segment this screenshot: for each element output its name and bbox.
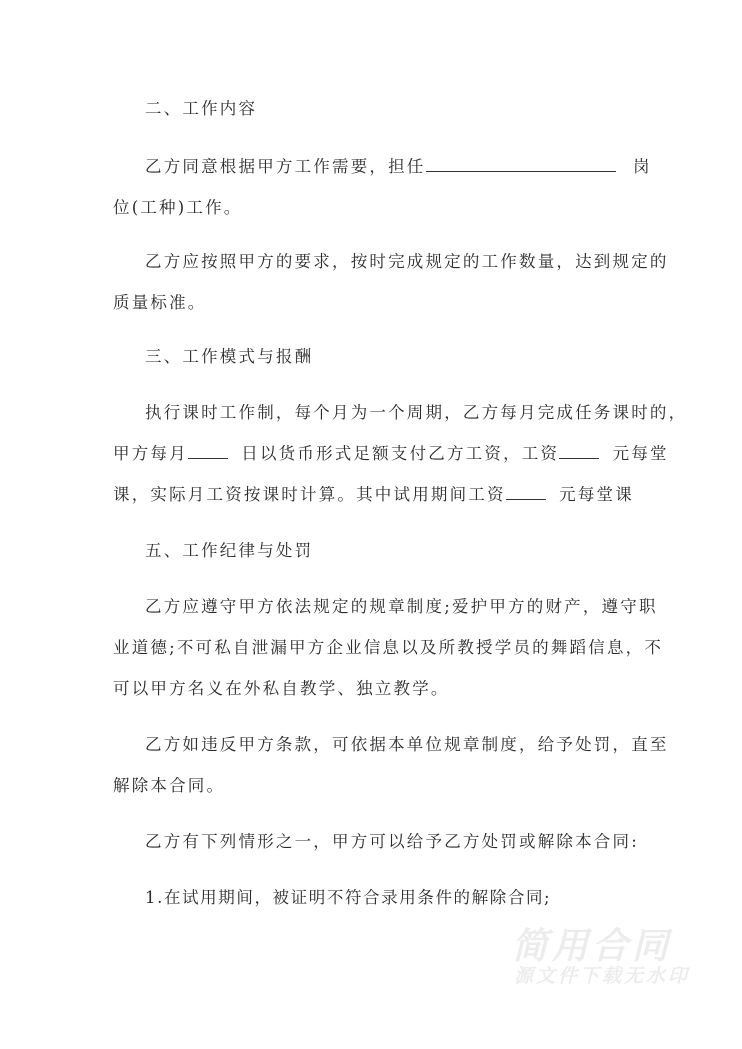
wage-blank bbox=[559, 444, 599, 459]
watermark-subtitle: 源文件下载无水印 bbox=[514, 961, 690, 988]
paragraph-line: 课，实际月工资按课时计算。其中试用期间工资 元每堂课 bbox=[113, 484, 633, 506]
section-heading-work-mode: 三、工作模式与报酬 bbox=[145, 346, 665, 368]
text: 乙方同意根据甲方工作需要，担任 bbox=[145, 157, 426, 176]
section-heading-discipline: 五、工作纪律与处罚 bbox=[145, 540, 665, 562]
paragraph-line: 可以甲方名义在外私自教学、独立教学。 bbox=[113, 678, 633, 700]
document-page: 二、工作内容 乙方同意根据甲方工作需要，担任 岗 位(工种)工作。 乙方应按照甲… bbox=[0, 0, 742, 1049]
paragraph-line: 乙方如违反甲方条款，可依据本单位规章制度，给予处罚，直至 bbox=[145, 734, 665, 756]
paragraph-line: 乙方应按照甲方的要求，按时完成规定的工作数量，达到规定的 bbox=[145, 251, 665, 273]
text: 岗 bbox=[633, 157, 652, 176]
list-item: 1.在试用期间，被证明不符合录用条件的解除合同; bbox=[145, 887, 665, 909]
paragraph-line: 执行课时工作制，每个月为一个周期，乙方每月完成任务课时的， bbox=[145, 402, 665, 424]
probation-wage-blank bbox=[506, 485, 546, 500]
paragraph-line: 业道德;不可私自泄漏甲方企业信息以及所教授学员的舞蹈信息，不 bbox=[113, 637, 633, 659]
paragraph-line: 乙方同意根据甲方工作需要，担任 岗 bbox=[145, 156, 665, 178]
paragraph-line: 解除本合同。 bbox=[113, 775, 633, 797]
pay-day-blank bbox=[188, 444, 228, 459]
text: 日以货币形式足额支付乙方工资，工资 bbox=[241, 444, 559, 463]
position-blank bbox=[426, 157, 616, 172]
text: 课，实际月工资按课时计算。其中试用期间工资 bbox=[113, 485, 506, 504]
paragraph-line: 甲方每月 日以货币形式足额支付乙方工资，工资 元每堂 bbox=[113, 443, 633, 465]
paragraph-line: 乙方应遵守甲方依法规定的规章制度;爱护甲方的财产，遵守职 bbox=[145, 596, 665, 618]
paragraph-line: 乙方有下列情形之一，甲方可以给予乙方处罚或解除本合同: bbox=[145, 831, 665, 853]
text: 甲方每月 bbox=[113, 444, 188, 463]
paragraph-line: 质量标准。 bbox=[113, 292, 633, 314]
section-heading-work-content: 二、工作内容 bbox=[145, 98, 665, 120]
paragraph-line: 位(工种)工作。 bbox=[113, 197, 633, 219]
text: 元每堂 bbox=[613, 444, 669, 463]
text: 元每堂课 bbox=[559, 485, 634, 504]
